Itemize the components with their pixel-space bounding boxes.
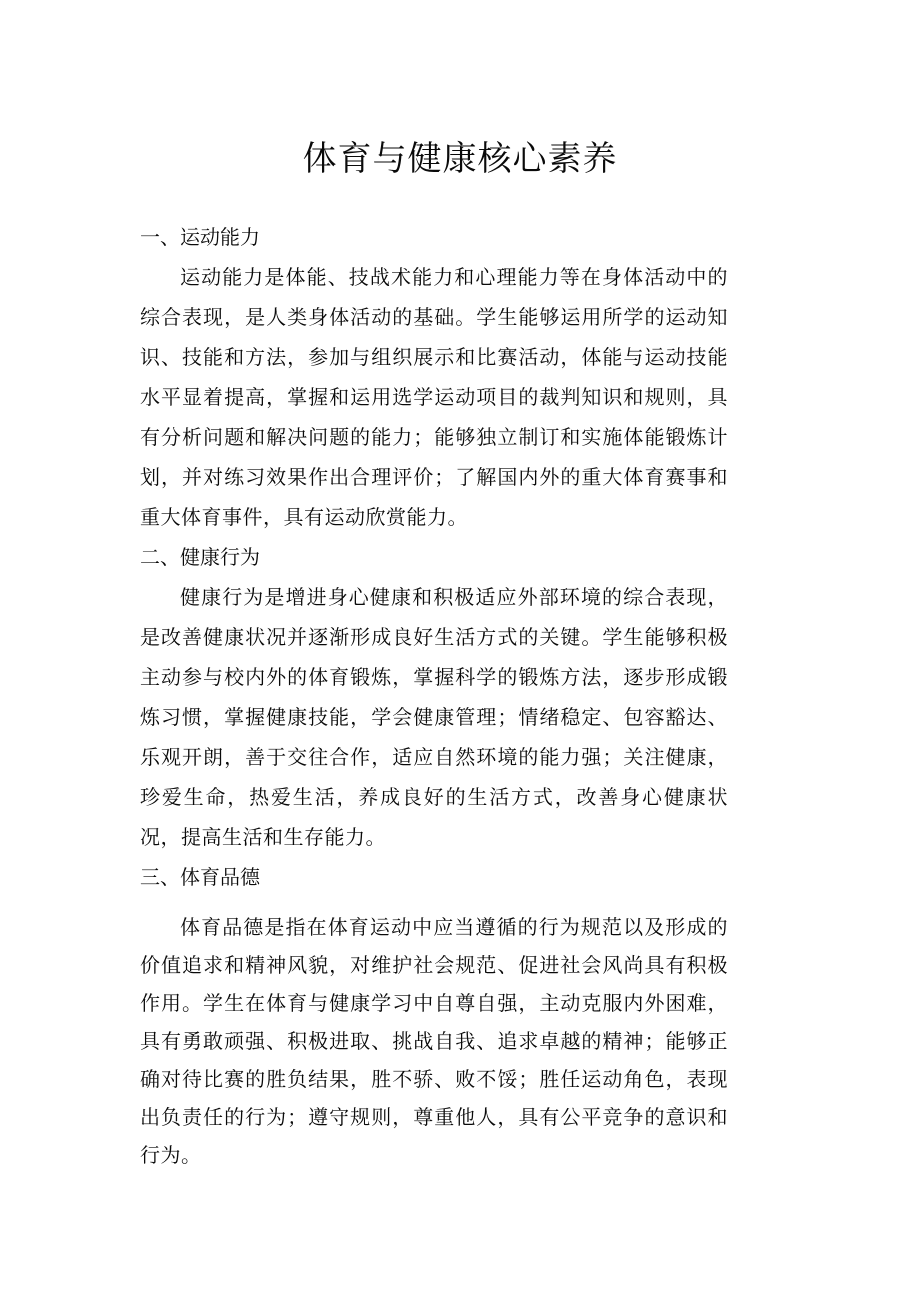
section-body-3: 体育品德是指在体育运动中应当遵循的行为规范以及形成的价值追求和精神风貌，对维护社… [140, 909, 728, 1175]
section-heading-1: 一、运动能力 [140, 218, 728, 258]
document-title: 体育与健康核心素养 [0, 138, 920, 182]
section-sport-ability: 一、运动能力 运动能力是体能、技战术能力和心理能力等在身体活动中的综合表现，是人… [140, 218, 728, 538]
section-heading-3: 三、体育品德 [140, 858, 728, 898]
section-body-2: 健康行为是增进身心健康和积极适应外部环境的综合表现，是改善健康状况并逐渐形成良好… [140, 578, 728, 858]
section-heading-2: 二、健康行为 [140, 538, 728, 578]
document-page: 体育与健康核心素养 一、运动能力 运动能力是体能、技战术能力和心理能力等在身体活… [0, 0, 920, 1303]
section-body-1: 运动能力是体能、技战术能力和心理能力等在身体活动中的综合表现，是人类身体活动的基… [140, 258, 728, 538]
section-sport-morality: 三、体育品德 体育品德是指在体育运动中应当遵循的行为规范以及形成的价值追求和精神… [140, 858, 728, 1175]
section-health-behavior: 二、健康行为 健康行为是增进身心健康和积极适应外部环境的综合表现，是改善健康状况… [140, 538, 728, 858]
